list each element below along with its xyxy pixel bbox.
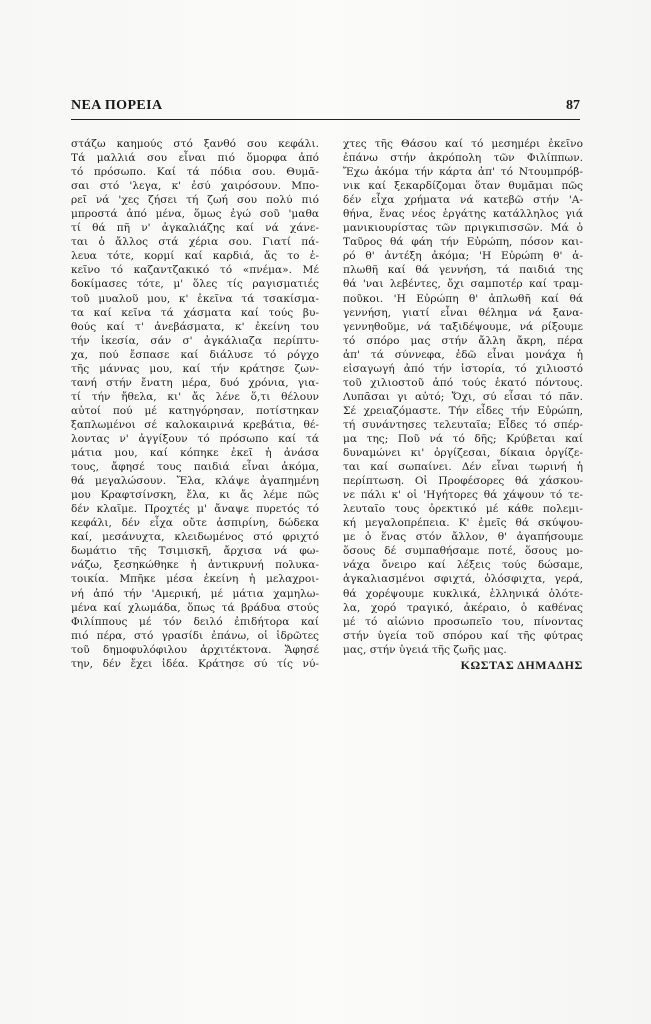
text-line: σαι στό 'λεγα, κ' ἐσύ χαιρόσουν. Μπο-: [71, 179, 319, 193]
text-line: δοκίμασες τότε, μ' ὅλες τίς ραγισματιές: [71, 277, 319, 291]
text-line: τή συνάντησες τελευταῖα; Εἶδες τό σπέρ-: [343, 418, 583, 432]
page-number: 87: [566, 98, 580, 114]
text-line: τί τήν ἤθελα, κι' ἄς λένε ὅ,τι θέλουν: [71, 390, 319, 404]
text-line: τό πρόσωπο. Καί τά πόδια σου. Θυμᾶ-: [71, 165, 319, 179]
text-line: εἰσαγωγή ἀπό τήν ἱστορία, τό χιλιοστό: [343, 362, 583, 376]
text-line: τοῦ μυαλοῦ μου, κ' ἐκεῖνα τά τσακίσμα-: [71, 292, 319, 306]
text-line: Ἔχω ἀκόμα τήν κάρτα ἀπ' τό Ντουμπρόβ-: [343, 165, 583, 179]
text-line: κεῖνο τό καζαντζακικό τό «πνέμα». Μέ: [71, 263, 319, 277]
text-line: θούς καί τ' ἀνεβάσματα, κ' ἐκείνη του: [71, 320, 319, 334]
text-line: τοῦ χιλιοστοῦ ἀπό τούς ἑκατό πόντους.: [343, 376, 583, 390]
text-line: ποῦκοι. 'Η Εὐρώπη θ' ἁπλωθῆ καί θά: [343, 292, 583, 306]
text-line: θά 'ναι λεβέντες, ὄχι σαμποτέρ καί τραμ-: [343, 277, 583, 291]
text-line: μάτια μου, καί κόπηκε ἐκεῖ ἡ ἀνάσα: [71, 446, 319, 460]
text-line: χα, πού ἔσπασε καί διάλυσε τό ρόγχο: [71, 348, 319, 362]
text-line: καί, μεσάνυχτα, κλειδωμένος στό φριχτό: [71, 530, 319, 544]
text-line: μας, στήν ὑγειά τῆς ζωῆς μας.: [343, 643, 583, 657]
text-line: θήνα, ἕνας νέος ἐργάτης κατάλληλος γιά: [343, 207, 583, 221]
text-line: μα της; Ποῦ νά τό δῆς; Κρύβεται καί: [343, 432, 583, 446]
text-line: Τά μαλλιά σου εἶναι πιό ὅμορφα ἀπό: [71, 151, 319, 165]
text-line: δυναμώνει κι' ὀργίζεσαι, δίκαια ὀργίζε-: [343, 446, 583, 460]
text-line: τήν ἱκεσία, σάν σ' ἀγκάλιαζα περίπτυ-: [71, 334, 319, 348]
text-line: λοντας ν' ἀγγίξουν τό πρόσωπο καί τά: [71, 432, 319, 446]
text-line: χτες τῆς Θάσου καί τό μεσημέρι ἐκεῖνο: [343, 137, 583, 151]
text-line: ται καί σωπαίνει. Δέν εἶναι τωρινή ἡ: [343, 460, 583, 474]
text-line: Σέ χρειαζόμαστε. Τήν εἶδες τήν Εὐρώπη,: [343, 404, 583, 418]
text-line: τα καί κεῖνα τά χάσματα καί τούς βυ-: [71, 306, 319, 320]
text-line: τό σπόρο μας στήν ἄλλη ἄκρη, πέρα: [343, 334, 583, 348]
running-header: ΝΕΑ ΠΟΡΕΙΑ 87: [71, 97, 580, 120]
right-text-column: χτες τῆς Θάσου καί τό μεσημέρι ἐκεῖνοἐπά…: [343, 137, 583, 672]
text-line: στήν ὑγεία τοῦ σπόρου καί τῆς φύτρας: [343, 629, 583, 643]
text-line: θά μεγαλώσουν. Ἔλα, κλάψε ἀγαπημένη: [71, 474, 319, 488]
text-line: πιό πέρα, στό γρασίδι ἐπάνω, οἱ ἱδρῶτες: [71, 629, 319, 643]
text-line: τανή στήν ἔνατη μέρα, δυό χρόνια, για-: [71, 376, 319, 390]
text-line: μανικιουρίστας τῶν πριγκιπισσῶν. Μά ὁ: [343, 221, 583, 235]
text-line: Φιλίππους μέ τόν δειλό ἐπιδήτορα καί: [71, 615, 319, 629]
text-line: λα, χορό τραγικό, ἀκέραιο, ὁ καθένας: [343, 601, 583, 615]
text-line: στάζω καημούς στό ξανθό σου κεφάλι.: [71, 137, 319, 151]
text-line: γεννήση, γιατί εἶναι θέλημα νά ξανα-: [343, 306, 583, 320]
text-line: δωμάτιο τῆς Τσιμισκῆ, ἄρχισα νά φω-: [71, 544, 319, 558]
text-line: τί θά πῆ ν' ἀγκαλιάζης καί νά χάνε-: [71, 221, 319, 235]
text-line: ἀγκαλιασμένοι σφιχτά, ὁλόσφιχτα, γερά,: [343, 572, 583, 586]
text-line: νή ἀπό τήν 'Αμερική, μέ μάτια χαμηλω-: [71, 587, 319, 601]
text-line: τῆς μάννας μου, καί τήν κράτησε ζων-: [71, 362, 319, 376]
text-line: ἀπ' τά σύννεφα, ἐδῶ εἶναι μονάχα ἡ: [343, 348, 583, 362]
text-line: μένα καί χλωμάδα, ὅπως τά βράδυα στούς: [71, 601, 319, 615]
text-line: λευα τότε, κορμί καί καρδιά, ἄς το ἐ-: [71, 249, 319, 263]
text-line: την, δέν ἔχει ἰδέα. Κράτησε σύ τίς νύ-: [71, 657, 319, 671]
author-signature: ΚΩΣΤΑΣ ΔΗΜΑΔΗΣ: [343, 658, 583, 672]
text-line: Λυπᾶσαι γι αὐτό; Ὄχι, σύ εἶσαι τό πᾶν.: [343, 390, 583, 404]
text-line: νάζω, ξεσηκώθηκε ἡ ἀντικρυνή πολυκα-: [71, 558, 319, 572]
text-line: ὅσους δέ συμπαθήσαμε ποτέ, ὅσους μο-: [343, 544, 583, 558]
text-line: νικ καί ξεκαρδίζομαι ὅταν θυμᾶμαι πῶς: [343, 179, 583, 193]
journal-title: ΝΕΑ ΠΟΡΕΙΑ: [71, 98, 163, 114]
magazine-page: ΝΕΑ ΠΟΡΕΙΑ 87 στάζω καημούς στό ξανθό σο…: [0, 0, 651, 1024]
text-line: μέ τό αἰώνιο προσωπεῖο του, πίνοντας: [343, 615, 583, 629]
text-line: λευταῖο τους ὀρεκτικό μέ κάθε πολεμι-: [343, 502, 583, 516]
text-line: τοῦ δημοφυλόφιλου ἀρχιτέκτονα. Ἄφησέ: [71, 643, 319, 657]
text-line: γεννηθοῦμε, νά ταξιδέψουμε, νά ρίξουμε: [343, 320, 583, 334]
text-line: με ὁ ἕνας στόν ἄλλον, θ' ἀγαπήσουμε: [343, 530, 583, 544]
text-line: κή μεγαλοπρέπεια. Κ' ἐμεῖς θά σκύψου-: [343, 516, 583, 530]
text-line: μου Κραφτσίνσκη, ἔλα, κι ἄς λέμε πῶς: [71, 488, 319, 502]
text-line: δέν κλαῖμε. Προχτές μ' ἄναψε πυρετός τό: [71, 502, 319, 516]
text-line: ξαπλωμένοι σέ καλοκαιρινά κρεβάτια, θέ-: [71, 418, 319, 432]
text-line: τους, ἄφησέ τους παιδιά εἶναι ἀκόμα,: [71, 460, 319, 474]
text-line: θά χορέψουμε κυκλικά, ἑλληνικά ὁλότε-: [343, 587, 583, 601]
text-line: πλωθῆ καί θά γεννήση, τά παιδιά της: [343, 263, 583, 277]
text-line: ρό θ' ἀντέξη ἀκόμα; 'Η Εὐρώπη θ' ἁ-: [343, 249, 583, 263]
text-line: ται ὁ ἄλλος στά χέρια σου. Γιατί πά-: [71, 235, 319, 249]
text-line: ἐπάνω στήν ἀκρόπολη τῶν Φιλίππων.: [343, 151, 583, 165]
text-line: κεφάλι, δέν εἶχα οὔτε ἀσπιρίνη, δώδεκα: [71, 516, 319, 530]
text-line: μπροστά ἀπό μένα, ὅμως ἐγώ σοῦ 'μαθα: [71, 207, 319, 221]
text-line: νάχα ὄνειρο καί λέξεις τούς δώσαμε,: [343, 558, 583, 572]
text-line: τοικία. Μπῆκε μέσα ἐκείνη ἡ μελαχροι-: [71, 572, 319, 586]
text-line: Ταῦρος θά φάη τήν Εὐρώπη, πόσον και-: [343, 235, 583, 249]
text-line: περίπτωση. Οἱ Προφέσορες θά χάσκου-: [343, 474, 583, 488]
text-line: νε πάλι κ' οἱ 'Ηγήτορες θά χάψουν τό τε-: [343, 488, 583, 502]
text-line: δέν εἶχα χρήματα νά κατεβῶ στήν 'Α-: [343, 193, 583, 207]
text-line: αὐτοί πού μέ κατηγόρησαν, ποτίστηκαν: [71, 404, 319, 418]
text-line: ρεῖ νά 'χες ζήσει τή ζωή σου πολύ πιό: [71, 193, 319, 207]
left-text-column: στάζω καημούς στό ξανθό σου κεφάλι.Τά μα…: [71, 137, 319, 671]
